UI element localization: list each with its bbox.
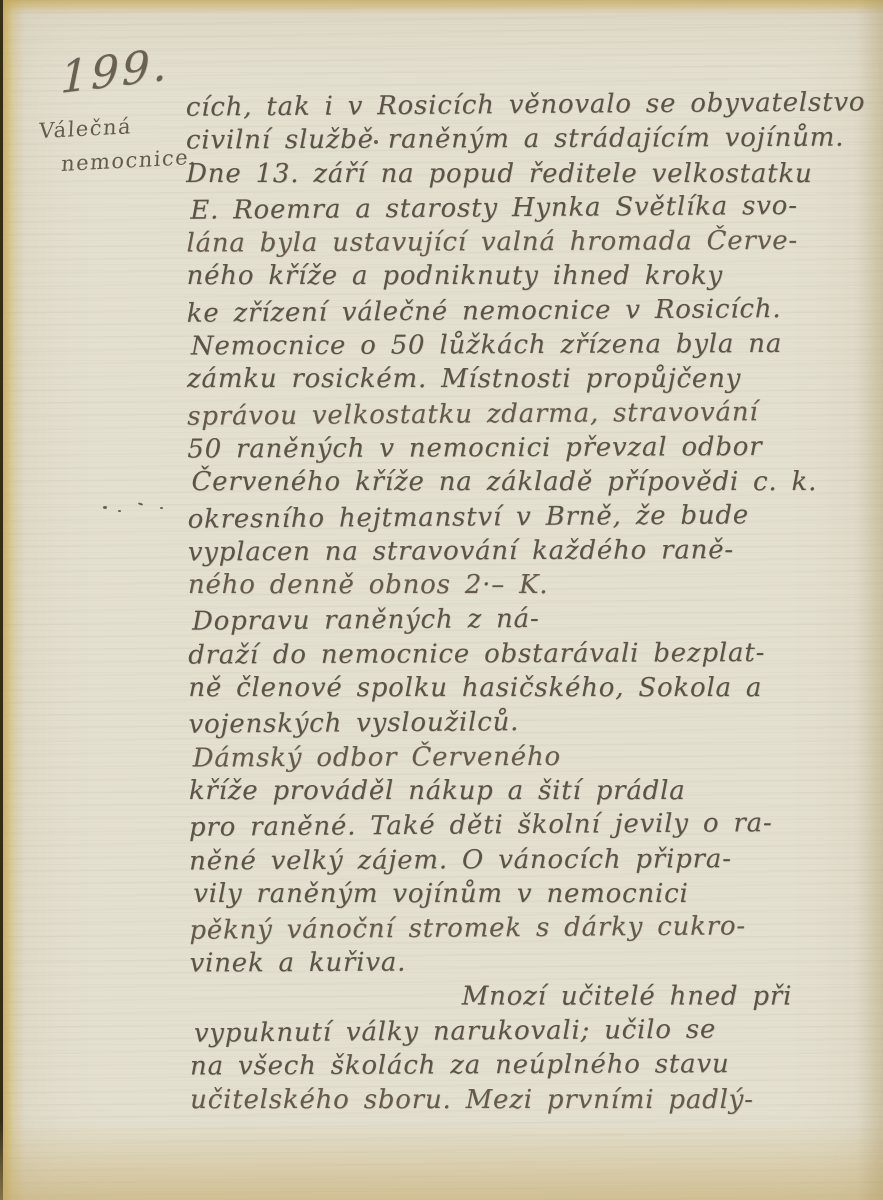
- text-line: ného kříže a podniknuty ihned kroky: [187, 259, 877, 293]
- text-line: učitelského sboru. Mezi prvními padlý-: [190, 1083, 880, 1117]
- text-line: Dne 13. září na popud ředitele velkostat…: [186, 157, 876, 191]
- ink-speck: [160, 507, 163, 509]
- text-line-paragraph-start: Mnozí učitelé hned při: [462, 979, 880, 1013]
- handwritten-text-block: cích, tak i v Rosicích věnovalo se obyva…: [186, 86, 880, 1118]
- text-line: Nemocnice o 50 lůžkách zřízena byla na: [191, 327, 877, 364]
- ink-speck: [118, 510, 121, 512]
- text-line: vypuknutí války narukovali; učilo se: [194, 1011, 880, 1051]
- text-line: ného denně obnos 2·– K.: [188, 568, 878, 602]
- text-line: E. Roemra a starosty Hynka Světlíka svo-: [190, 188, 876, 228]
- text-line-paragraph-start: Dámský odbor Červeného: [193, 738, 879, 775]
- text-line: lána byla ustavující valná hromada Červe…: [186, 224, 876, 261]
- binding-edge-dark: [0, 0, 3, 1200]
- text-line: vily raněným vojínům v nemocnici: [193, 877, 879, 911]
- ink-speck: [103, 506, 107, 509]
- margin-note-line2: nemocnice.: [60, 140, 198, 181]
- text-line: ně členové spolku hasičského, Sokola a: [188, 671, 878, 705]
- text-line-paragraph-start: Dopravu raněných z ná-: [192, 600, 878, 640]
- text-line: draží do nemocnice obstarávali bezplat-: [188, 635, 878, 672]
- text-line: cích, tak i v Rosicích věnovalo se obyva…: [186, 85, 876, 125]
- text-line: ke zřízení válečné nemocnice v Rosicích.: [187, 291, 877, 331]
- text-line: 50 raněných v nemocnici převzal odbor: [187, 429, 877, 466]
- text-line: vojenských vysloužilců.: [188, 703, 878, 743]
- manuscript-page: 199. Válečná nemocnice. cích, tak i v Ro…: [0, 0, 883, 1200]
- text-line: správou velkostatku zdarma, stravování: [187, 394, 877, 434]
- page-edge-bottom: [0, 1120, 883, 1200]
- margin-note: Válečná nemocnice.: [36, 106, 200, 183]
- text-line: vyplacen na stravování každého raně-: [188, 532, 878, 569]
- page-edge-top: [0, 0, 883, 14]
- text-line: pro raněné. Také děti školní jevily o ra…: [189, 806, 879, 846]
- text-line: okresního hejtmanství v Brně, že bude: [188, 497, 878, 537]
- text-line: Červeného kříže na základě přípovědi c. …: [191, 465, 877, 499]
- text-line: něné velký zájem. O vánocích připra-: [189, 841, 879, 878]
- text-line: vinek a kuřiva.: [189, 944, 879, 981]
- text-line: kříže prováděl nákup a šití prádla: [189, 774, 879, 808]
- text-line: pěkný vánoční stromek s dárky cukro-: [189, 908, 879, 948]
- page-number: 199.: [60, 39, 170, 104]
- text-line: na všech školách za neúplného stavu: [190, 1047, 880, 1084]
- text-line: civilní službě raněným a strádajícím voj…: [186, 121, 876, 158]
- text-line: zámku rosickém. Místnosti propůjčeny: [187, 362, 877, 396]
- binding-edge-gold: [3, 0, 25, 1200]
- ink-speck: [138, 502, 143, 506]
